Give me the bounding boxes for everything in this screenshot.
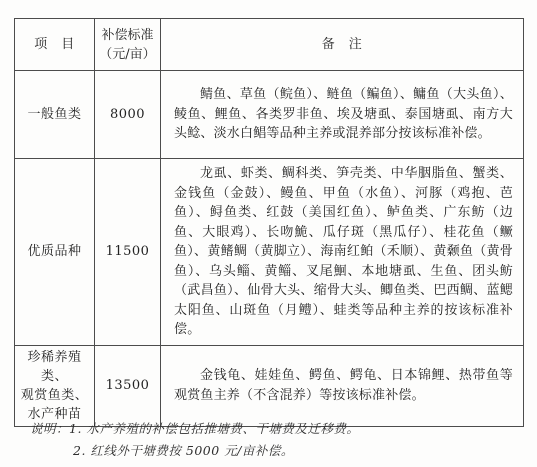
row2-remark-text: 龙虱、虾类、鲷科类、笋壳类、中华胭脂鱼、蟹类、金钱鱼（金鼓）、鳗鱼、甲鱼（水鱼）…	[174, 164, 513, 340]
row2-remark-cell: 龙虱、虾类、鲷科类、笋壳类、中华胭脂鱼、蟹类、金钱鱼（金鼓）、鳗鱼、甲鱼（水鱼）…	[161, 159, 524, 346]
table-row-rare-ornamental: 珍稀养殖类、 观赏鱼类、 水产种苗 13500 金钱龟、娃娃鱼、鳄鱼、鳄龟、日本…	[15, 345, 524, 426]
col-header-item: 项 目	[15, 19, 95, 71]
row2-standard-cell: 11500	[95, 159, 161, 346]
table-header-row: 项 目 补偿标准 （元/亩） 备 注	[15, 19, 524, 71]
notes-label: 说明：	[30, 421, 69, 436]
row1-remark-text: 鲭鱼、草鱼（鲩鱼）、鲢鱼（鳊鱼）、鳙鱼（大头鱼）、鲮鱼、鲤鱼、各类罗非鱼、埃及塘…	[174, 85, 513, 144]
row3-item-line2: 观赏鱼类、	[17, 386, 92, 405]
col-header-standard-line2: （元/亩）	[96, 45, 159, 64]
note-line-2: 2. 红线外干塘费按 5000 元/亩补偿。	[30, 440, 359, 462]
row3-item-cell: 珍稀养殖类、 观赏鱼类、 水产种苗	[15, 345, 95, 426]
row1-standard-cell: 8000	[95, 71, 161, 159]
notes: 说明：1. 水产养殖的补偿包括推塘费、干塘费及迁移费。 2. 红线外干塘费按 5…	[30, 418, 359, 462]
row1-item-cell: 一般鱼类	[15, 71, 95, 159]
row3-item-line1: 珍稀养殖类、	[17, 348, 92, 386]
row2-item-cell: 优质品种	[15, 159, 95, 346]
document-page: 项 目 补偿标准 （元/亩） 备 注 一般鱼类 8000 鲭鱼、草鱼（鲩鱼）、鲢…	[0, 0, 537, 467]
col-header-remark-label: 备 注	[163, 35, 521, 54]
note-line-1: 说明：1. 水产养殖的补偿包括推塘费、干塘费及迁移费。	[30, 418, 359, 440]
note-item-2: 2. 红线外干塘费按 5000 元/亩补偿。	[73, 443, 294, 458]
col-header-remark: 备 注	[161, 19, 524, 71]
row1-remark-cell: 鲭鱼、草鱼（鲩鱼）、鲢鱼（鳊鱼）、鳙鱼（大头鱼）、鲮鱼、鲤鱼、各类罗非鱼、埃及塘…	[161, 71, 524, 159]
row3-remark-text: 金钱龟、娃娃鱼、鳄鱼、鳄龟、日本锦鲤、热带鱼等观赏鱼主养（不含混养）等按该标准补…	[174, 366, 513, 405]
note-item-1: 1. 水产养殖的补偿包括推塘费、干塘费及迁移费。	[69, 421, 359, 436]
col-header-item-label: 项 目	[17, 35, 92, 54]
row3-standard-cell: 13500	[95, 345, 161, 426]
col-header-standard: 补偿标准 （元/亩）	[95, 19, 161, 71]
table-row-quality-varieties: 优质品种 11500 龙虱、虾类、鲷科类、笋壳类、中华胭脂鱼、蟹类、金钱鱼（金鼓…	[15, 159, 524, 346]
col-header-standard-line1: 补偿标准	[96, 26, 159, 45]
row3-remark-cell: 金钱龟、娃娃鱼、鳄鱼、鳄龟、日本锦鲤、热带鱼等观赏鱼主养（不含混养）等按该标准补…	[161, 345, 524, 426]
compensation-table: 项 目 补偿标准 （元/亩） 备 注 一般鱼类 8000 鲭鱼、草鱼（鲩鱼）、鲢…	[14, 18, 524, 427]
table-row-general-fish: 一般鱼类 8000 鲭鱼、草鱼（鲩鱼）、鲢鱼（鳊鱼）、鳙鱼（大头鱼）、鲮鱼、鲤鱼…	[15, 71, 524, 159]
